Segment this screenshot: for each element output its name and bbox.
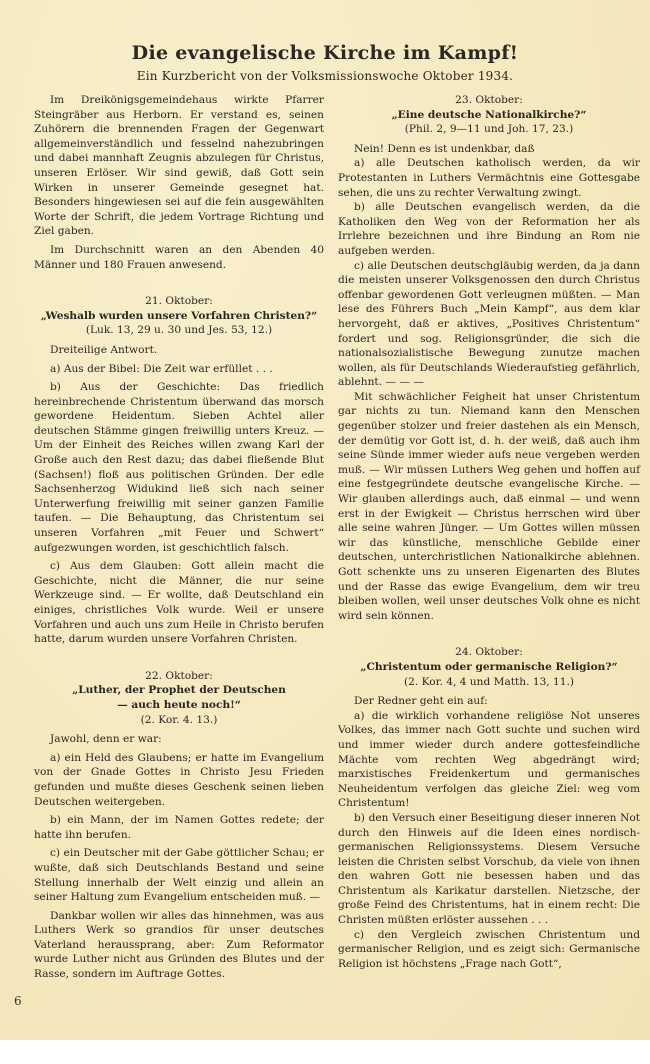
section-24-paragraph: b) den Versuch einer Beseitigung dieser …: [338, 811, 640, 928]
section-23-paragraph: c) alle Deutschen deutschgläubig werden,…: [338, 259, 640, 390]
section-24-reference: (2. Kor. 4, 4 und Matth. 13, 11.): [338, 675, 640, 690]
section-21-title: „Weshalb wurden unsere Vorfahren Christe…: [34, 309, 324, 324]
section-22-paragraph: b) ein Mann, der im Namen Gottes redete;…: [34, 813, 324, 842]
article-title: Die evangelische Kirche im Kampf!: [0, 42, 650, 64]
section-21-date: 21. Oktober:: [34, 294, 324, 309]
section-24-paragraph: Der Redner geht ein auf:: [338, 694, 640, 709]
section-21-paragraph: b) Aus der Geschichte: Das friedlich her…: [34, 380, 324, 555]
section-22-date: 22. Oktober:: [34, 669, 324, 684]
article-subtitle: Ein Kurzbericht von der Volksmissionswoc…: [0, 69, 650, 83]
magazine-page: Die evangelische Kirche im Kampf! Ein Ku…: [0, 0, 650, 1040]
section-24-date: 24. Oktober:: [338, 645, 640, 660]
section-21-paragraph: Dreiteilige Antwort.: [34, 343, 324, 358]
section-21-paragraph: a) Aus der Bibel: Die Zeit war erfüllet …: [34, 362, 324, 377]
intro-paragraph: Im Dreikönigsgemeindehaus wirkte Pfarrer…: [34, 93, 324, 239]
right-column: 23. Oktober: „Eine deutsche Nationalkirc…: [338, 93, 640, 971]
section-23-paragraph: a) alle Deutschen katholisch werden, da …: [338, 156, 640, 200]
attendance-paragraph: Im Durchschnitt waren an den Abenden 40 …: [34, 243, 324, 272]
section-21-paragraph: c) Aus dem Glauben: Gott allein macht di…: [34, 559, 324, 647]
section-23-title: „Eine deutsche Nationalkirche?“: [338, 108, 640, 123]
section-21-reference: (Luk. 13, 29 u. 30 und Jes. 53, 12.): [34, 323, 324, 338]
section-23-paragraph: Nein! Denn es ist undenkbar, daß: [338, 142, 640, 157]
page-number: 6: [14, 994, 22, 1008]
section-23-paragraph: b) alle Deutschen evangelisch werden, da…: [338, 200, 640, 258]
section-24-paragraph: c) den Vergleich zwischen Christentum un…: [338, 928, 640, 972]
section-22-paragraph: a) ein Held des Glaubens; er hatte im Ev…: [34, 751, 324, 809]
section-23-date: 23. Oktober:: [338, 93, 640, 108]
section-22-paragraph: Dankbar wollen wir alles das hinnehmen, …: [34, 909, 324, 982]
section-24-paragraph: a) die wirklich vorhandene religiöse Not…: [338, 709, 640, 811]
section-23-paragraph: Mit schwächlicher Feigheit hat unser Chr…: [338, 390, 640, 624]
section-22-title-line2: — auch heute noch!“: [34, 698, 324, 713]
left-column: Im Dreikönigsgemeindehaus wirkte Pfarrer…: [34, 93, 324, 982]
section-23-reference: (Phil. 2, 9—11 und Joh. 17, 23.): [338, 122, 640, 137]
section-22-paragraph: c) ein Deutscher mit der Gabe göttlicher…: [34, 846, 324, 904]
section-22-paragraph: Jawohl, denn er war:: [34, 732, 324, 747]
section-22-reference: (2. Kor. 4. 13.): [34, 713, 324, 728]
section-24-title: „Christentum oder germanische Religion?“: [338, 660, 640, 675]
section-22-title-line1: „Luther, der Prophet der Deutschen: [34, 683, 324, 698]
